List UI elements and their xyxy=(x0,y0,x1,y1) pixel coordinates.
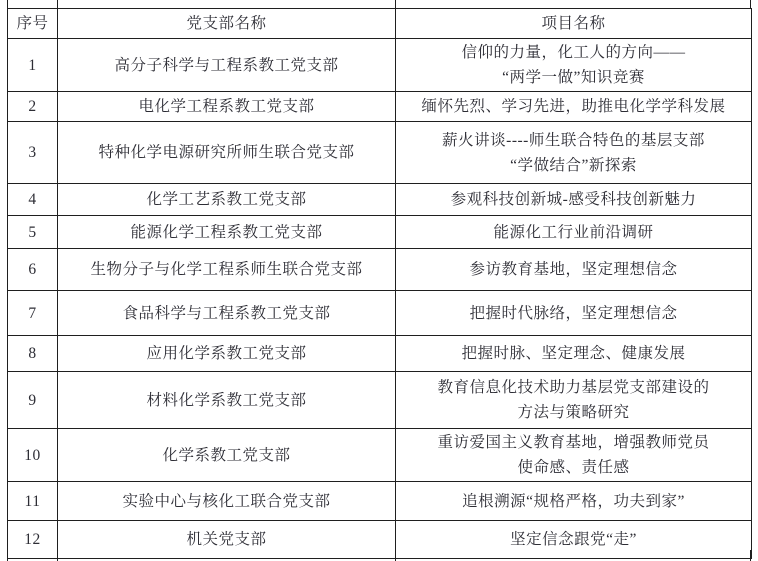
table-grid-stub xyxy=(750,0,751,8)
column-header-index: 序号 xyxy=(8,9,58,39)
project-name-cell: 把握时代脉络，坚定理想信念 xyxy=(396,291,752,336)
table-row: 8应用化学系教工党支部把握时脉、坚定理念、健康发展 xyxy=(8,336,752,372)
table-row: 7食品科学与工程系教工党支部把握时代脉络，坚定理想信念 xyxy=(8,291,752,336)
document-page: 序号 党支部名称 项目名称 1高分子科学与工程系教工党支部信仰的力量，化工人的方… xyxy=(0,0,758,561)
branch-name-cell: 化学系教工党支部 xyxy=(58,429,396,482)
table-row: 12机关党支部坚定信念跟党“走” xyxy=(8,521,752,559)
row-index-cell: 12 xyxy=(8,521,58,559)
table-row: 9材料化学系教工党支部教育信息化技术助力基层党支部建设的 方法与策略研究 xyxy=(8,372,752,429)
branch-name-cell: 生物分子与化学工程系师生联合党支部 xyxy=(58,249,396,291)
branch-name-cell: 能源化学工程系教工党支部 xyxy=(58,216,396,249)
table-row: 6生物分子与化学工程系师生联合党支部参访教育基地，坚定理想信念 xyxy=(8,249,752,291)
row-index-cell: 3 xyxy=(8,122,58,184)
table-grid-stub xyxy=(750,550,751,561)
table-header-row: 序号 党支部名称 项目名称 xyxy=(8,9,752,39)
table-row: 2电化学工程系教工党支部缅怀先烈、学习先进，助推电化学学科发展 xyxy=(8,92,752,122)
row-index-cell: 9 xyxy=(8,372,58,429)
project-name-cell: 参观科技创新城-感受科技创新魅力 xyxy=(396,184,752,216)
row-index-cell: 6 xyxy=(8,249,58,291)
project-name-cell: 缅怀先烈、学习先进，助推电化学学科发展 xyxy=(396,92,752,122)
project-name-cell: 追根溯源“规格严格，功夫到家” xyxy=(396,482,752,521)
row-index-cell: 4 xyxy=(8,184,58,216)
branch-name-cell: 化学工艺系教工党支部 xyxy=(58,184,396,216)
branch-name-cell: 食品科学与工程系教工党支部 xyxy=(58,291,396,336)
column-header-project: 项目名称 xyxy=(396,9,752,39)
project-name-cell: 参访教育基地，坚定理想信念 xyxy=(396,249,752,291)
table-row: 10化学系教工党支部重访爱国主义教育基地，增强教师党员 使命感、责任感 xyxy=(8,429,752,482)
project-name-cell: 薪火讲谈----师生联合特色的基层支部 “学做结合”新探索 xyxy=(396,122,752,184)
table-row: 11实验中心与核化工联合党支部追根溯源“规格严格，功夫到家” xyxy=(8,482,752,521)
row-index-cell: 5 xyxy=(8,216,58,249)
table-grid-stub xyxy=(7,0,8,8)
branch-name-cell: 特种化学电源研究所师生联合党支部 xyxy=(58,122,396,184)
project-name-cell: 把握时脉、坚定理念、健康发展 xyxy=(396,336,752,372)
table-grid-stub xyxy=(57,550,58,561)
project-name-cell: 坚定信念跟党“走” xyxy=(396,521,752,559)
branch-name-cell: 实验中心与核化工联合党支部 xyxy=(58,482,396,521)
table-grid-stub xyxy=(57,0,58,8)
table-grid-stub xyxy=(7,550,8,561)
table-row: 3特种化学电源研究所师生联合党支部薪火讲谈----师生联合特色的基层支部 “学做… xyxy=(8,122,752,184)
branch-name-cell: 应用化学系教工党支部 xyxy=(58,336,396,372)
row-index-cell: 7 xyxy=(8,291,58,336)
project-name-cell: 重访爱国主义教育基地，增强教师党员 使命感、责任感 xyxy=(396,429,752,482)
project-name-cell: 能源化工行业前沿调研 xyxy=(396,216,752,249)
branch-name-cell: 机关党支部 xyxy=(58,521,396,559)
table-grid-stub xyxy=(395,0,396,8)
row-index-cell: 1 xyxy=(8,39,58,92)
project-name-cell: 教育信息化技术助力基层党支部建设的 方法与策略研究 xyxy=(396,372,752,429)
branch-name-cell: 材料化学系教工党支部 xyxy=(58,372,396,429)
party-branch-project-table: 序号 党支部名称 项目名称 1高分子科学与工程系教工党支部信仰的力量，化工人的方… xyxy=(7,8,752,559)
branch-name-cell: 电化学工程系教工党支部 xyxy=(58,92,396,122)
row-index-cell: 2 xyxy=(8,92,58,122)
table-row: 5能源化学工程系教工党支部能源化工行业前沿调研 xyxy=(8,216,752,249)
table-grid-stub xyxy=(395,550,396,561)
row-index-cell: 11 xyxy=(8,482,58,521)
row-index-cell: 10 xyxy=(8,429,58,482)
branch-name-cell: 高分子科学与工程系教工党支部 xyxy=(58,39,396,92)
table-row: 1高分子科学与工程系教工党支部信仰的力量，化工人的方向—— “两学一做”知识竞赛 xyxy=(8,39,752,92)
table-row: 4化学工艺系教工党支部参观科技创新城-感受科技创新魅力 xyxy=(8,184,752,216)
row-index-cell: 8 xyxy=(8,336,58,372)
project-name-cell: 信仰的力量，化工人的方向—— “两学一做”知识竞赛 xyxy=(396,39,752,92)
column-header-branch: 党支部名称 xyxy=(58,9,396,39)
